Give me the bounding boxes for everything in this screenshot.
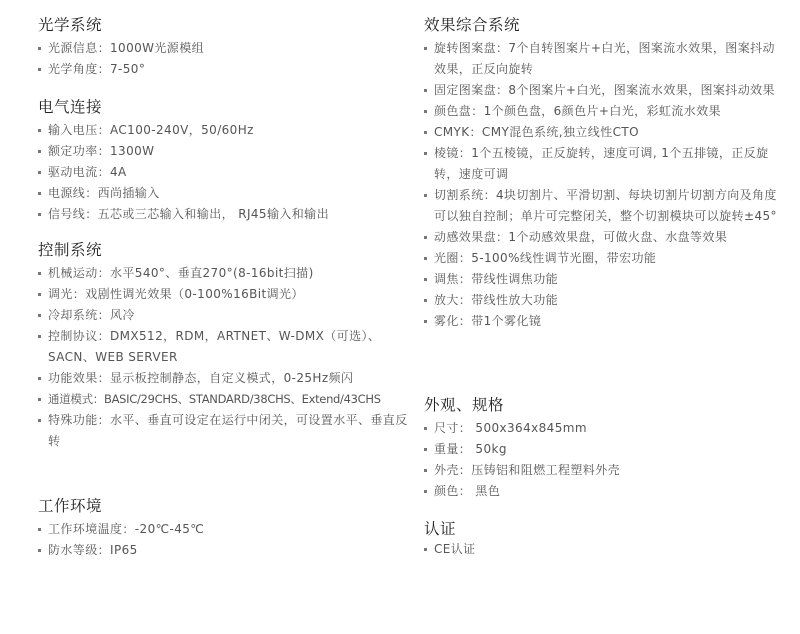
bullet-icon bbox=[424, 320, 427, 323]
list-item: 尺寸： 500x364x845mm bbox=[424, 418, 784, 439]
list-item: 固定图案盘：8个图案片+白光，图案流水效果，图案抖动效果 bbox=[424, 80, 784, 101]
bullet-icon bbox=[38, 398, 41, 401]
list-item: 功能效果：显示板控制静态，自定义模式，0-25Hz频闪 bbox=[38, 368, 410, 389]
bullet-icon bbox=[38, 68, 41, 71]
spec-list: 尺寸： 500x364x845mm 重量： 50kg 外壳：压铸铝和阻燃工程塑料… bbox=[424, 418, 784, 502]
section-title: 认证 bbox=[424, 518, 784, 540]
bullet-icon bbox=[424, 131, 427, 134]
list-item: 雾化：带1个雾化镜 bbox=[424, 311, 784, 332]
bullet-icon bbox=[38, 293, 41, 296]
list-item: CE认证 bbox=[424, 540, 784, 558]
bullet-icon bbox=[38, 549, 41, 552]
bullet-icon bbox=[38, 314, 41, 317]
list-item: 光源信息：1000W光源模组 bbox=[38, 38, 410, 59]
bullet-icon bbox=[424, 152, 427, 155]
bullet-icon bbox=[424, 47, 427, 50]
bullet-icon bbox=[424, 548, 427, 551]
list-item: 电源线：西尚插输入 bbox=[38, 183, 410, 204]
bullet-icon bbox=[424, 110, 427, 113]
list-item: 输入电压：AC100-240V，50/60Hz bbox=[38, 120, 410, 141]
list-item: 棱镜：1个五棱镜，正反旋转，速度可调, 1个五排镜，正反旋转，速度可调 bbox=[424, 143, 784, 185]
section-title: 效果综合系统 bbox=[424, 14, 784, 36]
bullet-icon bbox=[424, 469, 427, 472]
bullet-icon bbox=[38, 335, 41, 338]
list-item: 驱动电流：4A bbox=[38, 162, 410, 183]
bullet-icon bbox=[38, 129, 41, 132]
section-title: 电气连接 bbox=[38, 96, 410, 118]
list-item: 信号线：五芯或三芯输入和输出， RJ45输入和输出 bbox=[38, 204, 410, 225]
spec-list: CE认证 bbox=[424, 540, 784, 558]
spec-list: 输入电压：AC100-240V，50/60Hz 额定功率：1300W 驱动电流：… bbox=[38, 120, 410, 225]
bullet-icon bbox=[424, 194, 427, 197]
bullet-icon bbox=[424, 89, 427, 92]
section-effects-system: 效果综合系统 旋转图案盘：7个自转图案片+白光，图案流水效果，图案抖动效果，正反… bbox=[424, 14, 784, 332]
bullet-icon bbox=[38, 528, 41, 531]
bullet-icon bbox=[424, 278, 427, 281]
section-electrical-connection: 电气连接 输入电压：AC100-240V，50/60Hz 额定功率：1300W … bbox=[38, 96, 410, 225]
section-certification: 认证 CE认证 bbox=[424, 518, 784, 558]
section-appearance-specs: 外观、规格 尺寸： 500x364x845mm 重量： 50kg 外壳：压铸铝和… bbox=[424, 394, 784, 502]
spec-list: 机械运动：水平540°、垂直270°(8-16bit扫描) 调光：戏剧性调光效果… bbox=[38, 263, 410, 452]
list-item: 放大：带线性放大功能 bbox=[424, 290, 784, 311]
list-item: 重量： 50kg bbox=[424, 439, 784, 460]
bullet-icon bbox=[38, 419, 41, 422]
list-item: 外壳：压铸铝和阻燃工程塑料外壳 bbox=[424, 460, 784, 481]
list-item: 旋转图案盘：7个自转图案片+白光，图案流水效果，图案抖动效果，正反向旋转 bbox=[424, 38, 784, 80]
bullet-icon bbox=[38, 213, 41, 216]
section-optical-system: 光学系统 光源信息：1000W光源模组 光学角度：7-50° bbox=[38, 14, 410, 80]
bullet-icon bbox=[424, 257, 427, 260]
list-item: CMYK：CMY混色系统,独立线性CTO bbox=[424, 122, 784, 143]
bullet-icon bbox=[38, 150, 41, 153]
list-item: 颜色盘：1个颜色盘，6颜色片+白光，彩虹流水效果 bbox=[424, 101, 784, 122]
list-item: 光学角度：7-50° bbox=[38, 59, 410, 80]
section-title: 光学系统 bbox=[38, 14, 410, 36]
bullet-icon bbox=[424, 490, 427, 493]
bullet-icon bbox=[424, 299, 427, 302]
section-title: 控制系统 bbox=[38, 239, 410, 261]
section-control-system: 控制系统 机械运动：水平540°、垂直270°(8-16bit扫描) 调光：戏剧… bbox=[38, 239, 410, 452]
bullet-icon bbox=[38, 377, 41, 380]
bullet-icon bbox=[38, 192, 41, 195]
list-item: 机械运动：水平540°、垂直270°(8-16bit扫描) bbox=[38, 263, 410, 284]
spec-list: 工作环境温度：-20℃-45℃ 防水等级：IP65 bbox=[38, 519, 410, 561]
list-item: 切割系统：4块切割片、平滑切割、每块切割片切割方向及角度可以独自控制；单片可完整… bbox=[424, 185, 784, 227]
bullet-icon bbox=[424, 448, 427, 451]
bullet-icon bbox=[38, 47, 41, 50]
spec-list: 旋转图案盘：7个自转图案片+白光，图案流水效果，图案抖动效果，正反向旋转 固定图… bbox=[424, 38, 784, 332]
list-item: 冷却系统：风冷 bbox=[38, 305, 410, 326]
section-working-environment: 工作环境 工作环境温度：-20℃-45℃ 防水等级：IP65 bbox=[38, 495, 410, 561]
list-item: 防水等级：IP65 bbox=[38, 540, 410, 561]
list-item: 调焦：带线性调焦功能 bbox=[424, 269, 784, 290]
list-item: 控制协议：DMX512，RDM，ARTNET、W-DMX（可选）、SACN、WE… bbox=[38, 326, 410, 368]
section-title: 外观、规格 bbox=[424, 394, 784, 416]
list-item: 通道模式：BASIC/29CHS、STANDARD/38CHS、Extend/4… bbox=[38, 389, 410, 410]
list-item: 特殊功能：水平、垂直可设定在运行中闭关，可设置水平、垂直反转 bbox=[38, 410, 410, 452]
section-title: 工作环境 bbox=[38, 495, 410, 517]
list-item: 动感效果盘：1个动感效果盘，可做火盘、水盘等效果 bbox=[424, 227, 784, 248]
bullet-icon bbox=[38, 171, 41, 174]
bullet-icon bbox=[38, 272, 41, 275]
list-item: 工作环境温度：-20℃-45℃ bbox=[38, 519, 410, 540]
bullet-icon bbox=[424, 236, 427, 239]
bullet-icon bbox=[424, 427, 427, 430]
list-item: 光圈：5-100%线性调节光圈，带宏功能 bbox=[424, 248, 784, 269]
list-item: 调光：戏剧性调光效果（0-100%16Bit调光） bbox=[38, 284, 410, 305]
list-item: 颜色： 黑色 bbox=[424, 481, 784, 502]
list-item: 额定功率：1300W bbox=[38, 141, 410, 162]
spec-list: 光源信息：1000W光源模组 光学角度：7-50° bbox=[38, 38, 410, 80]
